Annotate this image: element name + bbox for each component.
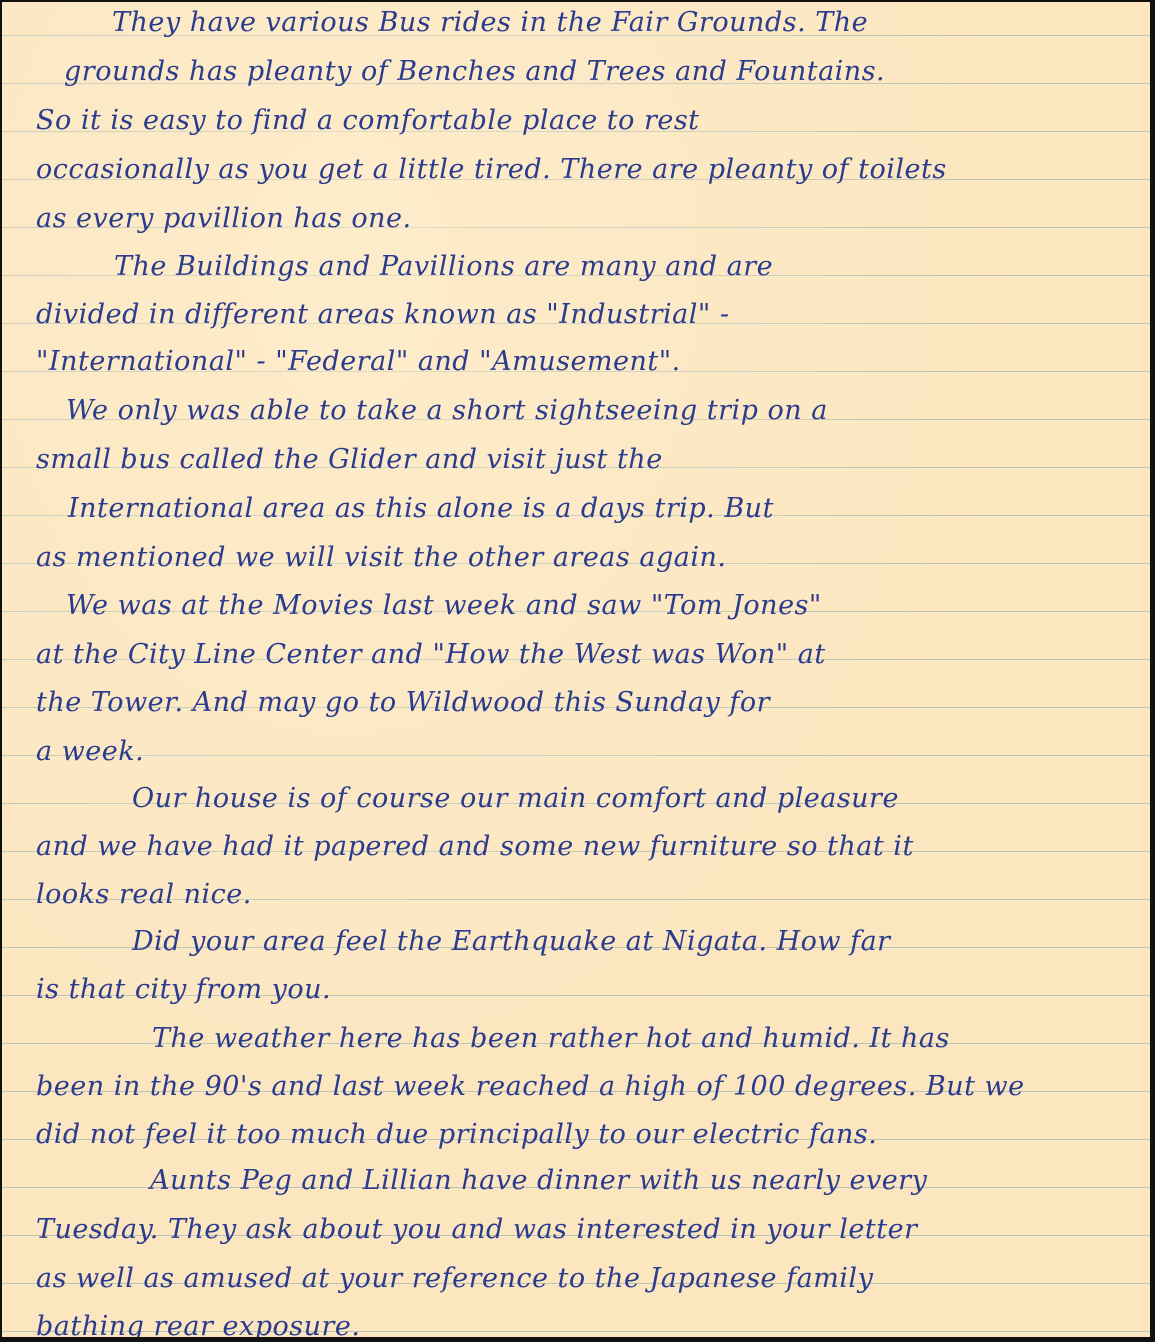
- text-line: International area as this alone is a da…: [68, 494, 774, 524]
- text-line: at the City Line Center and "How the Wes…: [36, 640, 826, 670]
- text-line: We was at the Movies last week and saw "…: [66, 591, 822, 621]
- text-line: Tuesday. They ask about you and was inte…: [36, 1215, 917, 1245]
- text-line: Aunts Peg and Lillian have dinner with u…: [150, 1166, 927, 1196]
- text-line: So it is easy to find a comfortable plac…: [36, 106, 700, 136]
- text-line: bathing rear exposure.: [36, 1312, 360, 1337]
- text-line: and we have had it papered and some new …: [36, 832, 914, 862]
- text-line: They have various Bus rides in the Fair …: [112, 8, 868, 38]
- text-line: the Tower. And may go to Wildwood this S…: [36, 688, 770, 718]
- text-line: Did your area feel the Earthquake at Nig…: [132, 927, 891, 957]
- text-line: Our house is of course our main comfort …: [132, 784, 899, 814]
- text-line: We only was able to take a short sightse…: [66, 396, 828, 426]
- letter-page: They have various Bus rides in the Fair …: [2, 2, 1150, 1337]
- text-line: The Buildings and Pavillions are many an…: [114, 252, 773, 282]
- text-line: as mentioned we will visit the other are…: [36, 543, 726, 573]
- text-line: been in the 90's and last week reached a…: [36, 1072, 1025, 1102]
- text-line: a week.: [36, 737, 144, 767]
- text-line: did not feel it too much due principally…: [36, 1120, 877, 1150]
- text-line: looks real nice.: [36, 880, 252, 910]
- text-line: divided in different areas known as "Ind…: [36, 300, 730, 330]
- text-line: is that city from you.: [36, 975, 331, 1005]
- text-line: grounds has pleanty of Benches and Trees…: [64, 57, 885, 87]
- text-line: as every pavillion has one.: [36, 204, 412, 234]
- text-line: small bus called the Glider and visit ju…: [36, 445, 663, 475]
- text-line: The weather here has been rather hot and…: [152, 1024, 950, 1054]
- text-line: occasionally as you get a little tired. …: [36, 155, 947, 185]
- text-line: as well as amused at your reference to t…: [36, 1264, 873, 1294]
- text-line: "International" - "Federal" and "Amuseme…: [36, 347, 681, 377]
